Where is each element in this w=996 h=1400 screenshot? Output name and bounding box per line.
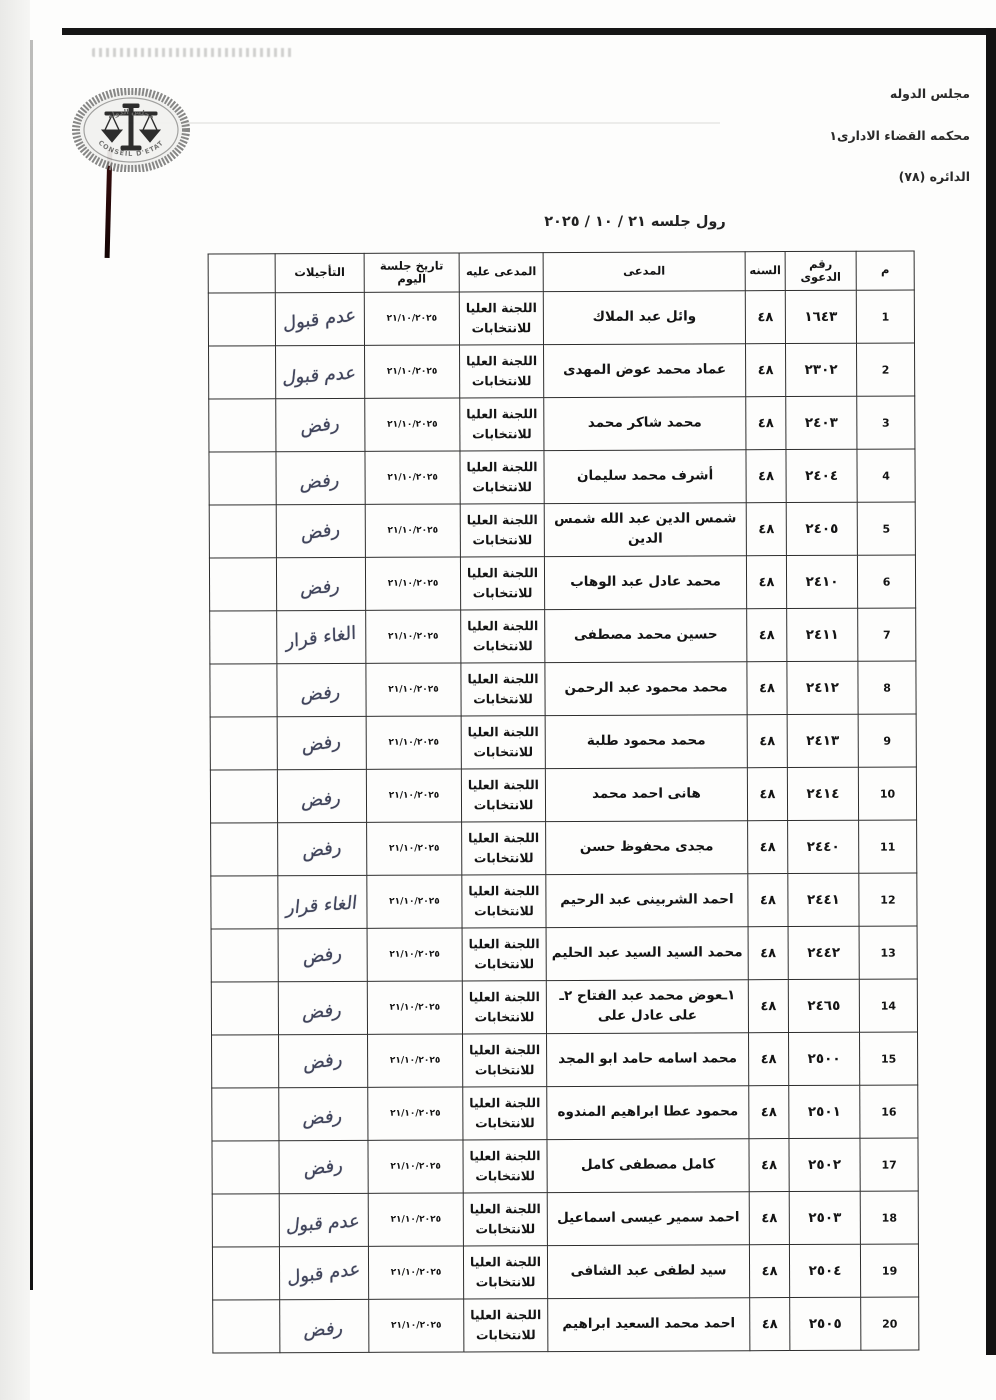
adjournment-cell: رفض (279, 1034, 368, 1087)
serial-cell: 11 (859, 820, 917, 873)
empty-notes-cell (211, 982, 278, 1035)
case-row: 16 ٢٥٠١ ٤٨ محمود عطا ابراهيم المندوه الل… (212, 1085, 918, 1141)
court-header-block: مجلس الدوله محكمه القضاء الادارى١ الدائر… (640, 88, 970, 213)
session-date-cell: ٢١/١٠/٢٠٢٥ (366, 663, 461, 716)
case-number-cell: ٢٤٠٥ (786, 502, 857, 555)
case-number-cell: ٢٤١٣ (787, 714, 858, 767)
empty-notes-cell (209, 346, 276, 399)
session-date-cell: ٢١/١٠/٢٠٢٥ (365, 504, 460, 557)
empty-notes-cell (210, 770, 277, 823)
paper-edge-shadow (100, 122, 720, 124)
docket-table-body: 1 ١٦٤٣ ٤٨ وائل عبد الملاك اللجنة العليا … (208, 290, 919, 1353)
case-row: 1 ١٦٤٣ ٤٨ وائل عبد الملاك اللجنة العليا … (208, 290, 914, 346)
plaintiff-cell: عماد محمد عوض المهدى (544, 344, 746, 398)
handwritten-ruling-note: عدم قبول (283, 304, 356, 334)
session-roll-title: رول جلسه ٢١ / ١٠ / ٢٠٢٥ (470, 214, 800, 230)
serial-cell: 2 (857, 343, 915, 396)
handwritten-ruling-note: رفض (300, 469, 341, 493)
col-year: السنه (745, 252, 785, 291)
scanned-page: مجلس الدولة CONSEIL D'ETAT مجلس الدوله م… (0, 0, 996, 1400)
handwritten-ruling-note: رفض (302, 1105, 343, 1129)
empty-notes-cell (212, 1035, 279, 1088)
scan-top-border-line (62, 28, 996, 35)
case-number-cell: ٢٤٦٥ (788, 979, 859, 1032)
case-row: 20 ٢٥٠٥ ٤٨ احمد محمد السعيد ابراهيم اللج… (213, 1297, 919, 1353)
handwritten-ruling-note: رفض (303, 1048, 343, 1074)
case-number-cell: ٢٤١٠ (786, 555, 857, 608)
serial-cell: 17 (860, 1138, 918, 1191)
year-cell: ٤٨ (747, 768, 787, 821)
year-cell: ٤٨ (750, 1298, 790, 1351)
scan-right-border-bar (986, 28, 996, 1355)
defendant-cell: اللجنة العليا للانتخابات (462, 981, 546, 1034)
defendant-cell: اللجنة العليا للانتخابات (462, 875, 546, 928)
col-notes (208, 254, 275, 293)
case-number-cell: ٢٤٤٠ (788, 820, 859, 873)
session-date-cell: ٢١/١٠/٢٠٢٥ (367, 822, 462, 875)
serial-cell: 7 (858, 608, 916, 661)
serial-cell: 16 (860, 1085, 918, 1138)
serial-cell: 9 (858, 714, 916, 767)
case-row: 18 ٢٥٠٣ ٤٨ احمد سمير عيسى اسماعيل اللجنة… (212, 1191, 918, 1247)
adjournment-cell: عدم قبول (276, 345, 365, 398)
session-date-cell: ٢١/١٠/٢٠٢٥ (366, 610, 461, 663)
case-number-cell: ٢٤٠٣ (786, 396, 857, 449)
plaintiff-cell: كامل مصطفى كامل (547, 1139, 749, 1193)
defendant-cell: اللجنة العليا للانتخابات (462, 822, 546, 875)
year-cell: ٤٨ (749, 1245, 789, 1298)
serial-cell: 13 (859, 926, 917, 979)
case-number-cell: ٢٥٠٣ (789, 1191, 860, 1244)
year-cell: ٤٨ (748, 980, 788, 1033)
defendant-cell: اللجنة العليا للانتخابات (461, 769, 545, 822)
case-number-cell: ٢٤٤١ (788, 873, 859, 926)
session-date-cell: ٢١/١٠/٢٠٢٥ (368, 1087, 463, 1140)
col-adjournments: التأجيلات (275, 253, 364, 292)
col-defendant: المدعى عليه (459, 253, 543, 292)
handwritten-ruling-note: رفض (303, 942, 343, 968)
empty-notes-cell (212, 1141, 279, 1194)
adjournment-cell: عدم قبول (275, 292, 364, 345)
scan-left-border-line (30, 40, 33, 1290)
defendant-cell: اللجنة العليا للانتخابات (463, 1140, 547, 1193)
plaintiff-cell: محمود عطا ابراهيم المندوه (547, 1086, 749, 1140)
adjournment-cell: رفض (277, 769, 366, 822)
case-row: 4 ٢٤٠٤ ٤٨ أشرف محمد سليمان اللجنة العليا… (209, 449, 915, 505)
case-row: 2 ٢٣٠٢ ٤٨ عماد محمد عوض المهدى اللجنة ال… (209, 343, 915, 399)
empty-notes-cell (210, 717, 277, 770)
case-number-cell: ٢٤٤٢ (788, 926, 859, 979)
session-date-cell: ٢١/١٠/٢٠٢٥ (368, 1246, 463, 1299)
year-cell: ٤٨ (749, 1086, 789, 1139)
docket-table: م رقم الدعوى السنه المدعى المدعى عليه تا… (208, 250, 920, 1353)
session-date-cell: ٢١/١٠/٢٠٢٥ (364, 292, 459, 345)
adjournment-cell: رفض (278, 928, 367, 981)
adjournment-cell: رفض (276, 451, 365, 504)
plaintiff-cell: محمد محمود طلبة (545, 715, 747, 769)
serial-cell: 20 (861, 1297, 919, 1350)
empty-notes-cell (211, 823, 278, 876)
empty-notes-cell (209, 452, 276, 505)
session-date-cell: ٢١/١٠/٢٠٢٥ (365, 451, 460, 504)
year-cell: ٤٨ (746, 503, 786, 556)
empty-notes-cell (211, 929, 278, 982)
adjournment-cell: الغاء قرار (278, 875, 367, 928)
handwritten-ruling-note: رفض (302, 836, 342, 862)
defendant-cell: اللجنة العليا للانتخابات (460, 451, 544, 504)
case-row: 14 ٢٤٦٥ ٤٨ ١ـعوض محمد عبد الفتاح ٢ـ على … (211, 979, 917, 1035)
header-row: م رقم الدعوى السنه المدعى المدعى عليه تا… (208, 251, 914, 293)
case-number-cell: ٢٤١٢ (787, 661, 858, 714)
plaintiff-cell: محمد السيد السيد عبد الحليم (546, 927, 748, 981)
plaintiff-cell: مجدى محفوظ حسن (546, 821, 748, 875)
empty-notes-cell (209, 505, 276, 558)
serial-cell: 19 (860, 1244, 918, 1297)
year-cell: ٤٨ (747, 715, 787, 768)
empty-notes-cell (209, 558, 276, 611)
year-cell: ٤٨ (746, 556, 786, 609)
year-cell: ٤٨ (749, 1033, 789, 1086)
adjournment-cell: رفض (276, 557, 365, 610)
case-number-cell: ٢٤٠٤ (786, 449, 857, 502)
empty-notes-cell (211, 876, 278, 929)
case-row: 10 ٢٤١٤ ٤٨ هانى احمد محمد اللجنة العليا … (210, 767, 916, 823)
case-number-cell: ١٦٤٣ (785, 290, 856, 343)
adjournment-cell: الغاء قرار (277, 610, 366, 663)
empty-notes-cell (213, 1300, 280, 1353)
case-row: 15 ٢٥٠٠ ٤٨ محمد اسامه حامد ابو المجد الل… (212, 1032, 918, 1088)
col-serial: م (856, 251, 914, 290)
adjournment-cell: رفض (279, 1087, 368, 1140)
defendant-cell: اللجنة العليا للانتخابات (460, 345, 544, 398)
handwritten-ruling-note: رفض (301, 787, 342, 811)
faint-scan-artifact (92, 48, 292, 57)
serial-cell: 1 (856, 290, 914, 343)
case-row: 13 ٢٤٤٢ ٤٨ محمد السيد السيد عبد الحليم ا… (211, 926, 917, 982)
adjournment-cell: عدم قبول (279, 1246, 368, 1299)
serial-cell: 15 (860, 1032, 918, 1085)
adjournment-cell: رفض (276, 398, 365, 451)
empty-notes-cell (208, 293, 275, 346)
year-cell: ٤٨ (748, 821, 788, 874)
defendant-cell: اللجنة العليا للانتخابات (463, 1034, 547, 1087)
serial-cell: 10 (858, 767, 916, 820)
scan-left-edge (0, 0, 30, 1400)
empty-notes-cell (212, 1194, 279, 1247)
serial-cell: 3 (857, 396, 915, 449)
handwritten-ruling-note: رفض (301, 412, 341, 438)
session-date-cell: ٢١/١٠/٢٠٢٥ (366, 716, 461, 769)
plaintiff-cell: احمد محمد السعيد ابراهيم (548, 1298, 750, 1352)
year-cell: ٤٨ (748, 927, 788, 980)
plaintiff-cell: محمد شاكر محمد (544, 397, 746, 451)
plaintiff-cell: وائل عبد الملاك (543, 291, 745, 345)
session-date-cell: ٢١/١٠/٢٠٢٥ (367, 981, 462, 1034)
case-number-cell: ٢٥٠٢ (789, 1138, 860, 1191)
col-case-number: رقم الدعوى (785, 251, 856, 290)
case-row: 17 ٢٥٠٢ ٤٨ كامل مصطفى كامل اللجنة العليا… (212, 1138, 918, 1194)
adjournment-cell: رفض (279, 1140, 368, 1193)
case-row: 6 ٢٤١٠ ٤٨ محمد عادل عبد الوهاب اللجنة ال… (209, 555, 915, 611)
case-number-cell: ٢٥٠٥ (790, 1297, 861, 1350)
session-date-cell: ٢١/١٠/٢٠٢٥ (365, 398, 460, 451)
case-row: 12 ٢٤٤١ ٤٨ احمد الشربينى عبد الرحيم اللج… (211, 873, 917, 929)
session-date-cell: ٢١/١٠/٢٠٢٥ (368, 1193, 463, 1246)
plaintiff-cell: ١ـعوض محمد عبد الفتاح ٢ـ على عادل على (546, 980, 748, 1034)
year-cell: ٤٨ (748, 874, 788, 927)
year-cell: ٤٨ (745, 291, 785, 344)
handwritten-ruling-note: رفض (301, 681, 342, 705)
serial-cell: 6 (857, 555, 915, 608)
session-date-cell: ٢١/١٠/٢٠٢٥ (368, 1034, 463, 1087)
defendant-cell: اللجنة العليا للانتخابات (461, 716, 545, 769)
session-date-cell: ٢١/١٠/٢٠٢٥ (369, 1299, 464, 1352)
session-date-cell: ٢١/١٠/٢٠٢٥ (368, 1140, 463, 1193)
year-cell: ٤٨ (747, 662, 787, 715)
defendant-cell: اللجنة العليا للانتخابات (462, 928, 546, 981)
handwritten-ruling-note: عدم قبول (286, 1210, 361, 1237)
session-date-cell: ٢١/١٠/٢٠٢٥ (365, 557, 460, 610)
col-plaintiff: المدعى (543, 252, 745, 292)
case-row: 3 ٢٤٠٣ ٤٨ محمد شاكر محمد اللجنة العليا ل… (209, 396, 915, 452)
year-cell: ٤٨ (746, 344, 786, 397)
plaintiff-cell: احمد سمير عيسى اسماعيل (547, 1192, 749, 1246)
defendant-cell: اللجنة العليا للانتخابات (460, 557, 544, 610)
case-row: 11 ٢٤٤٠ ٤٨ مجدى محفوظ حسن اللجنة العليا … (211, 820, 917, 876)
case-row: 8 ٢٤١٢ ٤٨ محمد محمود عبد الرحمن اللجنة ا… (210, 661, 916, 717)
case-number-cell: ٢٤١١ (787, 608, 858, 661)
adjournment-cell: رفض (277, 716, 366, 769)
session-date-cell: ٢١/١٠/٢٠٢٥ (367, 928, 462, 981)
defendant-cell: اللجنة العليا للانتخابات (459, 292, 543, 345)
case-row: 19 ٢٥٠٤ ٤٨ سيد لطفى عبد الشافى اللجنة ال… (212, 1244, 918, 1300)
plaintiff-cell: حسين محمد مصطفى (545, 609, 747, 663)
empty-notes-cell (212, 1247, 279, 1300)
handwritten-ruling-note: رفض (301, 518, 341, 544)
case-number-cell: ٢٤١٤ (787, 767, 858, 820)
adjournment-cell: رفض (278, 981, 367, 1034)
defendant-cell: اللجنة العليا للانتخابات (463, 1087, 547, 1140)
org-name: مجلس الدوله (640, 88, 970, 101)
defendant-cell: اللجنة العليا للانتخابات (464, 1299, 548, 1352)
plaintiff-cell: محمد اسامه حامد ابو المجد (547, 1033, 749, 1087)
adjournment-cell: رفض (280, 1299, 369, 1352)
serial-cell: 4 (857, 449, 915, 502)
session-date-cell: ٢١/١٠/٢٠٢٥ (365, 345, 460, 398)
handwritten-ruling-note: عدم قبول (282, 362, 357, 389)
case-number-cell: ٢٥٠١ (789, 1085, 860, 1138)
defendant-cell: اللجنة العليا للانتخابات (460, 398, 544, 451)
plaintiff-cell: أشرف محمد سليمان (544, 450, 746, 504)
year-cell: ٤٨ (746, 397, 786, 450)
year-cell: ٤٨ (747, 609, 787, 662)
case-row: 7 ٢٤١١ ٤٨ حسين محمد مصطفى اللجنة العليا … (210, 608, 916, 664)
empty-notes-cell (210, 611, 277, 664)
empty-notes-cell (212, 1088, 279, 1141)
session-date-cell: ٢١/١٠/٢٠٢٥ (366, 769, 461, 822)
adjournment-cell: رفض (277, 663, 366, 716)
case-row: 9 ٢٤١٣ ٤٨ محمد محمود طلبة اللجنة العليا … (210, 714, 916, 770)
scales-of-justice-icon: مجلس الدولة CONSEIL D'ETAT (72, 88, 190, 172)
plaintiff-cell: هانى احمد محمد (545, 768, 747, 822)
defendant-cell: اللجنة العليا للانتخابات (463, 1193, 547, 1246)
empty-notes-cell (209, 399, 276, 452)
handwritten-ruling-note: الغاء قرار (286, 622, 357, 652)
court-name: محكمه القضاء الادارى١ (640, 130, 970, 143)
serial-cell: 5 (857, 502, 915, 555)
handwritten-ruling-note: رفض (300, 575, 341, 599)
defendant-cell: اللجنة العليا للانتخابات (460, 504, 544, 557)
handwritten-ruling-note: رفض (302, 730, 342, 756)
serial-cell: 8 (858, 661, 916, 714)
col-session-date: تاريخ جلسة اليوم (364, 253, 459, 292)
year-cell: ٤٨ (746, 450, 786, 503)
circuit-number: الدائره (٧٨) (640, 171, 970, 184)
plaintiff-cell: محمد عادل عبد الوهاب (544, 556, 746, 610)
year-cell: ٤٨ (749, 1192, 789, 1245)
empty-notes-cell (210, 664, 277, 717)
docket-table-wrap: م رقم الدعوى السنه المدعى المدعى عليه تا… (208, 250, 925, 1353)
handwritten-ruling-note: الغاء قرار (286, 892, 359, 918)
case-number-cell: ٢٣٠٢ (786, 343, 857, 396)
year-cell: ٤٨ (749, 1139, 789, 1192)
case-row: 5 ٢٤٠٥ ٤٨ شمس الدين عبد الله شمس الدين ا… (209, 502, 915, 558)
session-date-cell: ٢١/١٠/٢٠٢٥ (367, 875, 462, 928)
serial-cell: 14 (859, 979, 917, 1032)
handwritten-ruling-note: عدم قبول (287, 1258, 360, 1288)
court-stamp: مجلس الدولة CONSEIL D'ETAT (72, 88, 190, 172)
case-number-cell: ٢٥٠٠ (789, 1032, 860, 1085)
case-number-cell: ٢٥٠٤ (789, 1244, 860, 1297)
adjournment-cell: عدم قبول (279, 1193, 368, 1246)
defendant-cell: اللجنة العليا للانتخابات (461, 663, 545, 716)
plaintiff-cell: سيد لطفى عبد الشافى (547, 1245, 749, 1299)
plaintiff-cell: شمس الدين عبد الله شمس الدين (544, 503, 746, 557)
plaintiff-cell: محمد محمود عبد الرحمن (545, 662, 747, 716)
handwritten-ruling-note: رفض (303, 1317, 344, 1341)
serial-cell: 18 (860, 1191, 918, 1244)
serial-cell: 12 (859, 873, 917, 926)
plaintiff-cell: احمد الشربينى عبد الرحيم (546, 874, 748, 928)
handwritten-ruling-note: رفض (304, 1154, 344, 1180)
defendant-cell: اللجنة العليا للانتخابات (463, 1246, 547, 1299)
adjournment-cell: رفض (278, 822, 367, 875)
adjournment-cell: رفض (276, 504, 365, 557)
handwritten-ruling-note: رفض (302, 999, 343, 1023)
defendant-cell: اللجنة العليا للانتخابات (461, 610, 545, 663)
